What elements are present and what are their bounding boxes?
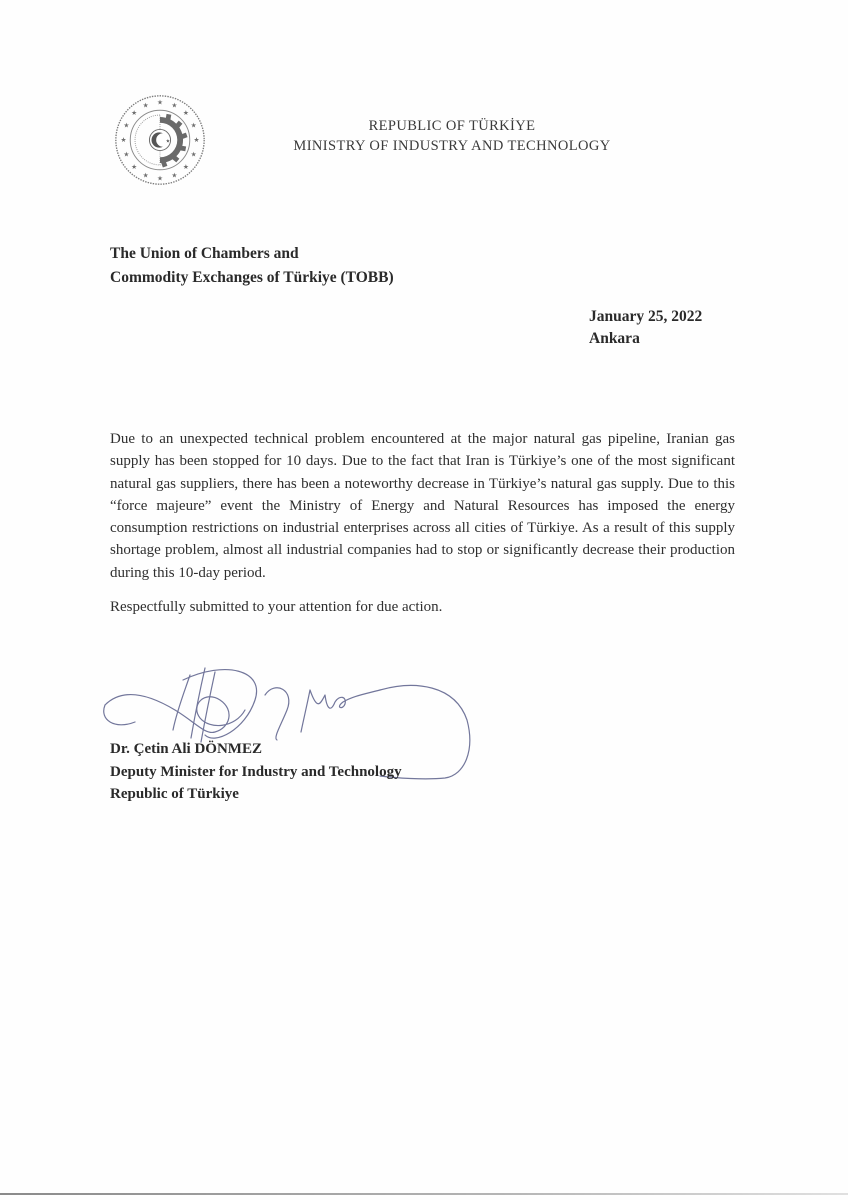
signatory-title: Deputy Minister for Industry and Technol… [110,761,402,784]
letter-place: Ankara [589,328,702,350]
letterhead-country: REPUBLIC OF TÜRKİYE [262,116,642,136]
addressee-line-1: The Union of Chambers and [110,242,394,266]
letter-body: Due to an unexpected technical problem e… [110,428,735,584]
signatory-org: Republic of Türkiye [110,783,402,806]
svg-text:★: ★ [193,136,199,144]
signatory-block: Dr. Çetin Ali DÖNMEZ Deputy Minister for… [110,738,402,806]
svg-text:★: ★ [166,138,170,144]
svg-text:★: ★ [121,136,127,144]
scan-edge-line [0,1193,848,1195]
addressee-line-2: Commodity Exchanges of Türkiye (TOBB) [110,266,394,290]
letterhead-ministry: MINISTRY OF INDUSTRY AND TECHNOLOGY [262,136,642,156]
svg-text:★: ★ [143,171,149,179]
svg-text:★: ★ [131,163,137,171]
svg-text:★: ★ [157,174,163,182]
letterhead: REPUBLIC OF TÜRKİYE MINISTRY OF INDUSTRY… [262,116,642,156]
svg-text:★: ★ [171,101,177,109]
svg-text:★: ★ [157,98,163,106]
svg-text:★: ★ [191,150,197,158]
svg-text:★: ★ [123,150,129,158]
svg-text:★: ★ [131,109,137,117]
svg-text:★: ★ [171,171,177,179]
signatory-name: Dr. Çetin Ali DÖNMEZ [110,738,402,761]
addressee: The Union of Chambers and Commodity Exch… [110,242,394,290]
date-place: January 25, 2022 Ankara [589,306,702,350]
letter-date: January 25, 2022 [589,306,702,328]
svg-text:★: ★ [123,122,129,130]
svg-text:★: ★ [183,109,189,117]
closing-line: Respectfully submitted to your attention… [110,596,442,618]
ministry-seal-icon: ★★★ ★★★ ★★★ ★★★ ★★★ ★ ★ [112,92,208,188]
svg-text:★: ★ [183,163,189,171]
svg-text:★: ★ [191,122,197,130]
svg-text:★: ★ [143,101,149,109]
letter-page: ★★★ ★★★ ★★★ ★★★ ★★★ ★ ★ REPUBLIC OF TÜRK… [0,0,848,1200]
